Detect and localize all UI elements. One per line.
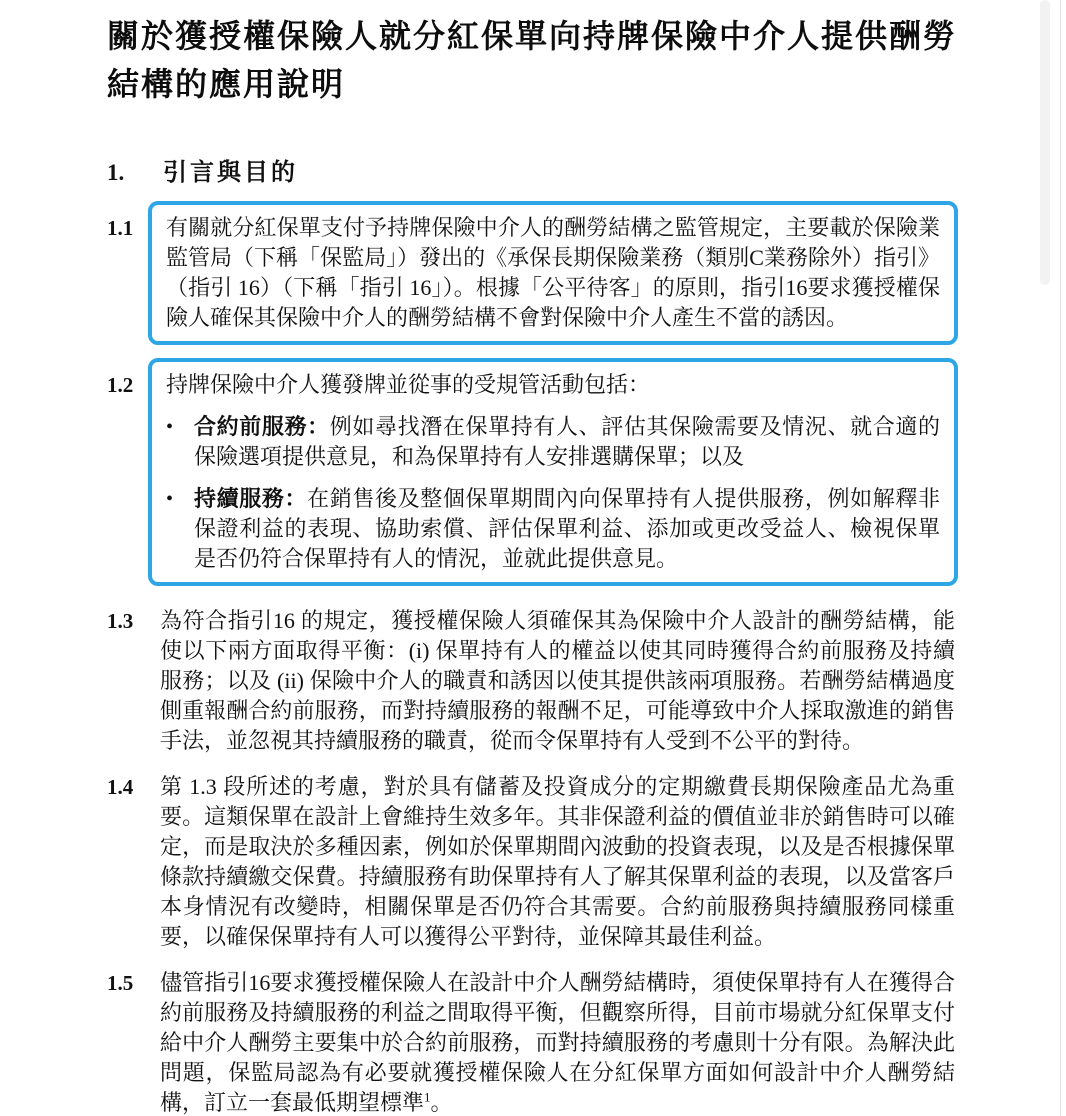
bullet-separator: ：: [285, 486, 308, 511]
paragraph-text: 第 1.3 段所述的考慮，對於具有儲蓄及投資成分的定期繳費長期保險產品尤為重要。…: [160, 772, 955, 952]
paragraph-body: 儘管指引16要求獲授權保險人在設計中介人酬勞結構時，須使保單持有人在獲得合約前服…: [148, 968, 958, 1116]
section-number: 1.: [107, 160, 163, 186]
page-title: 關於獲授權保險人就分紅保單向持牌保險中介人提供酬勞結構的應用說明: [107, 12, 958, 108]
bullet-icon: •: [166, 412, 194, 472]
highlight-box-1-1: 有關就分紅保單支付予持牌保險中介人的酬勞結構之監管規定，主要載於保險業監管局（下…: [148, 201, 958, 345]
paragraph-1-4: 1.4 第 1.3 段所述的考慮，對於具有儲蓄及投資成分的定期繳費長期保險產品尤…: [107, 772, 958, 952]
paragraph-text: 為符合指引16 的規定，獲授權保險人須確保其為保險中介人設計的酬勞結構，能使以下…: [160, 606, 955, 756]
paragraph-number: 1.4: [107, 772, 148, 952]
paragraph-number: 1.5: [107, 968, 148, 1116]
paragraph-text-end: 。: [431, 1090, 453, 1115]
bullet-term: 持續服務: [194, 486, 285, 511]
bullet-content: 持續服務：在銷售後及整個保單期間內向保單持有人提供服務，例如解釋非保證利益的表現…: [194, 484, 940, 574]
highlight-box-1-2: 持牌保險中介人獲發牌並從事的受規管活動包括： • 合約前服務：例如尋找潛在保單持…: [148, 358, 958, 586]
paragraph-1-5: 1.5 儘管指引16要求獲授權保險人在設計中介人酬勞結構時，須使保單持有人在獲得…: [107, 968, 958, 1116]
paragraph-number: 1.1: [107, 201, 148, 345]
paragraph-1-3: 1.3 為符合指引16 的規定，獲授權保險人須確保其為保險中介人設計的酬勞結構，…: [107, 606, 958, 756]
paragraph-text: 有關就分紅保單支付予持牌保險中介人的酬勞結構之監管規定，主要載於保險業監管局（下…: [166, 213, 940, 333]
paragraph-1-1: 1.1 有關就分紅保單支付予持牌保險中介人的酬勞結構之監管規定，主要載於保險業監…: [107, 201, 958, 345]
section-heading-text: 引言與目的: [163, 152, 958, 187]
regulated-activities-list: • 合約前服務：例如尋找潛在保單持有人、評估其保險需要及情況、就合適的保險選項提…: [166, 412, 940, 574]
paragraph-number: 1.3: [107, 606, 148, 756]
paragraph-intro: 持牌保險中介人獲發牌並從事的受規管活動包括：: [166, 370, 940, 400]
scrollbar-track[interactable]: [1060, 0, 1061, 1116]
paragraph-body: 第 1.3 段所述的考慮，對於具有儲蓄及投資成分的定期繳費長期保險產品尤為重要。…: [148, 772, 958, 952]
paragraph-text-main: 儘管指引16要求獲授權保險人在設計中介人酬勞結構時，須使保單持有人在獲得合約前服…: [160, 970, 955, 1115]
bullet-separator: ：: [307, 414, 330, 439]
paragraph-text: 儘管指引16要求獲授權保險人在設計中介人酬勞結構時，須使保單持有人在獲得合約前服…: [160, 968, 955, 1116]
paragraph-number: 1.2: [107, 358, 148, 586]
bullet-term: 合約前服務: [194, 414, 307, 439]
document-page: 關於獲授權保險人就分紅保單向持牌保險中介人提供酬勞結構的應用說明 1. 引言與目…: [0, 0, 1066, 1116]
section-heading: 1. 引言與目的: [107, 152, 958, 187]
list-item-ongoing-service: • 持續服務：在銷售後及整個保單期間內向保單持有人提供服務，例如解釋非保證利益的…: [166, 484, 940, 574]
list-item-pre-contractual-service: • 合約前服務：例如尋找潛在保單持有人、評估其保險需要及情況、就合適的保險選項提…: [166, 412, 940, 472]
scrollbar-thumb[interactable]: [1040, 0, 1050, 285]
bullet-content: 合約前服務：例如尋找潛在保單持有人、評估其保險需要及情況、就合適的保險選項提供意…: [194, 412, 940, 472]
paragraph-1-2: 1.2 持牌保險中介人獲發牌並從事的受規管活動包括： • 合約前服務：例如尋找潛…: [107, 358, 958, 586]
paragraph-body: 為符合指引16 的規定，獲授權保險人須確保其為保險中介人設計的酬勞結構，能使以下…: [148, 606, 958, 756]
bullet-icon: •: [166, 484, 194, 574]
